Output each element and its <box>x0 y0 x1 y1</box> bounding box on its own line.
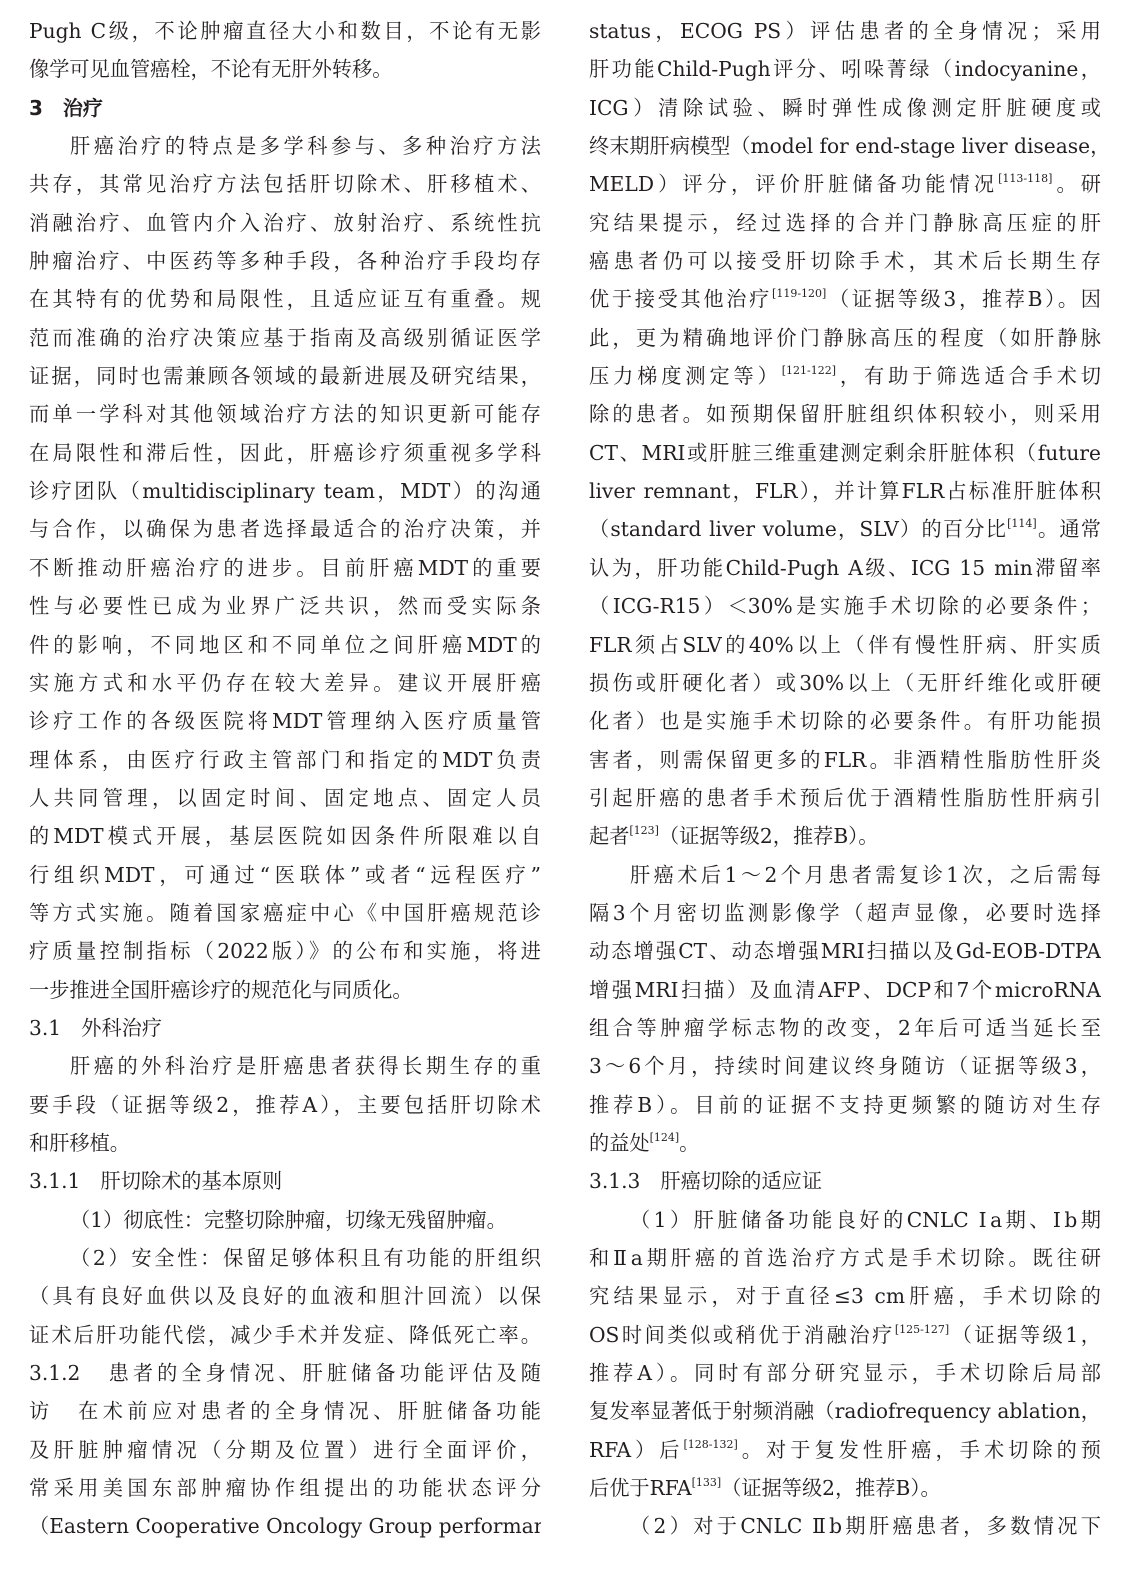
text-line: 究结果提示，经过选择的合并门静脉高压症的肝 <box>589 204 1101 242</box>
line-text: 3.1.2 患者的全身情况、肝脏储备功能评估及随 <box>29 1361 541 1385</box>
text-line: 的MDT模式开展，基层医院如因条件所限难以自 <box>29 817 541 855</box>
line-text: 理体系，由医疗行政主管部门和指定的MDT负责 <box>29 748 541 772</box>
citation-ref: [124] <box>650 1131 680 1144</box>
line-text-after: 。研 <box>1052 172 1101 196</box>
line-text: 推荐B）。目前的证据不支持更频繁的随访对生存 <box>589 1093 1101 1117</box>
text-line: 常采用美国东部肿瘤协作组提出的功能状态评分 <box>29 1469 541 1507</box>
line-text: 和Ⅱa期肝癌的首选治疗方式是手术切除。既往研 <box>589 1246 1101 1270</box>
line-text: 增强MRI扫描）及血清AFP、DCP和7个microRNA <box>589 978 1101 1002</box>
line-text: 与合作，以确保为患者选择最适合的治疗决策，并 <box>29 517 541 541</box>
line-text: Pugh C级，不论肿瘤直径大小和数目，不论有无影 <box>29 19 541 43</box>
text-line: 增强MRI扫描）及血清AFP、DCP和7个microRNA <box>589 971 1101 1009</box>
line-text: 证术后肝功能代偿，减少手术并发症、降低死亡率。 <box>29 1323 541 1347</box>
text-line: 后优于RFA[133]（证据等级2，推荐B）。 <box>589 1469 1101 1507</box>
line-text: 和肝移植。 <box>29 1131 130 1155</box>
line-text-after: （证据等级1， <box>949 1323 1101 1347</box>
text-line: 行组织MDT，可通过“医联体”或者“远程医疗” <box>29 856 541 894</box>
line-text: 性与必要性已成为业界广泛共识，然而受实际条 <box>29 594 541 618</box>
line-text: liver remnant，FLR），并计算FLR占标准肝脏体积 <box>589 479 1101 503</box>
text-line: 压力梯度测定等）[121-122]，有助于筛选适合手术切 <box>589 357 1101 395</box>
text-line: status，ECOG PS）评估患者的全身情况；采用 <box>589 12 1101 50</box>
citation-ref: [119-120] <box>772 287 826 300</box>
line-text: 此，更为精确地评价门静脉高压的程度（如肝静脉 <box>589 326 1101 350</box>
text-line: 消融治疗、血管内介入治疗、放射治疗、系统性抗 <box>29 204 541 242</box>
text-line: （具有良好血供以及良好的血液和胆汁回流）以保 <box>29 1277 541 1315</box>
line-text: 消融治疗、血管内介入治疗、放射治疗、系统性抗 <box>29 211 541 235</box>
line-text: 疗质量控制指标（2022版）》的公布和实施，将进 <box>29 939 541 963</box>
line-text-after: 。通常 <box>1037 517 1101 541</box>
text-line: 3.1.2 患者的全身情况、肝脏储备功能评估及随 <box>29 1354 541 1392</box>
line-text: 3.1.1 肝切除术的基本原则 <box>29 1169 282 1193</box>
text-line: 而单一学科对其他领域治疗方法的知识更新可能存 <box>29 395 541 433</box>
text-line: （2）对于CNLC Ⅱb期肝癌患者，多数情况下 <box>589 1507 1101 1545</box>
line-text: 证据，同时也需兼顾各领域的最新进展及研究结果， <box>29 364 541 388</box>
section-heading: 3.1 外科治疗 <box>29 1009 541 1047</box>
citation-ref: [121-122] <box>782 364 836 377</box>
text-line: 害者，则需保留更多的FLR。非酒精性脂肪性肝炎 <box>589 741 1101 779</box>
line-text: 肝癌治疗的特点是多学科参与、多种治疗方法 <box>70 134 541 158</box>
text-line: Pugh C级，不论肿瘤直径大小和数目，不论有无影 <box>29 12 541 50</box>
line-text: 件的影响，不同地区和不同单位之间肝癌MDT的 <box>29 633 541 657</box>
line-text: 优于接受其他治疗 <box>589 287 772 311</box>
line-text: 肝癌术后1～2个月患者需复诊1次，之后需每 <box>630 863 1101 887</box>
text-line: 究结果显示，对于直径≤3 cm肝癌，手术切除的 <box>589 1277 1101 1315</box>
line-text: 等方式实施。随着国家癌症中心《中国肝癌规范诊 <box>29 901 541 925</box>
text-line: 优于接受其他治疗[119-120]（证据等级3，推荐B）。因 <box>589 280 1101 318</box>
line-text: （standard liver volume，SLV）的百分比 <box>589 517 1007 541</box>
text-line: 损伤或肝硬化者）或30%以上（无肝纤维化或肝硬 <box>589 664 1101 702</box>
text-line: 和肝移植。 <box>29 1124 541 1162</box>
line-text: 起者 <box>589 824 629 848</box>
text-line: 实施方式和水平仍存在较大差异。建议开展肝癌 <box>29 664 541 702</box>
left-column: Pugh C级，不论肿瘤直径大小和数目，不论有无影像学可见血管癌栓，不论有无肝外… <box>29 12 541 1546</box>
line-text: 推荐A）。同时有部分研究显示，手术切除后局部 <box>589 1361 1101 1385</box>
text-line: 除的患者。如预期保留肝脏组织体积较小，则采用 <box>589 395 1101 433</box>
line-text: 在局限性和滞后性，因此，肝癌诊疗须重视多学科 <box>29 441 541 465</box>
text-line: （standard liver volume，SLV）的百分比[114]。通常 <box>589 510 1101 548</box>
line-text: 压力梯度测定等） <box>589 364 782 388</box>
line-text: 究结果显示，对于直径≤3 cm肝癌，手术切除的 <box>589 1284 1101 1308</box>
citation-ref: [123] <box>629 824 659 837</box>
line-text: 认为，肝功能Child-Pugh A级、ICG 15 min滞留率 <box>589 556 1101 580</box>
line-text: 组合等肿瘤学标志物的改变，2年后可适当延长至 <box>589 1016 1101 1040</box>
text-line: （1）彻底性：完整切除肿瘤，切缘无残留肿瘤。 <box>29 1201 541 1239</box>
line-text: 诊疗团队（multidisciplinary team，MDT）的沟通 <box>29 479 541 503</box>
text-line: 件的影响，不同地区和不同单位之间肝癌MDT的 <box>29 626 541 664</box>
line-text: 3.1 外科治疗 <box>29 1016 162 1040</box>
text-line: 组合等肿瘤学标志物的改变，2年后可适当延长至 <box>589 1009 1101 1047</box>
line-text: 终末期肝病模型（model for end-stage liver diseas… <box>589 134 1101 158</box>
text-line: 和Ⅱa期肝癌的首选治疗方式是手术切除。既往研 <box>589 1239 1101 1277</box>
text-line: 证术后肝功能代偿，减少手术并发症、降低死亡率。 <box>29 1316 541 1354</box>
line-text: 害者，则需保留更多的FLR。非酒精性脂肪性肝炎 <box>589 748 1101 772</box>
text-line: MELD）评分，评价肝脏储备功能情况[113-118]。研 <box>589 165 1101 203</box>
text-line: 不断推动肝癌治疗的进步。目前肝癌MDT的重要 <box>29 549 541 587</box>
citation-ref: [128-132] <box>683 1438 737 1451</box>
line-text: 访 在术前应对患者的全身情况、肝脏储备功能 <box>29 1399 541 1423</box>
line-text: 在其特有的优势和局限性，且适应证互有重叠。规 <box>29 287 541 311</box>
text-line: RFA）后[128-132]。对于复发性肝癌，手术切除的预 <box>589 1431 1101 1469</box>
line-text: 损伤或肝硬化者）或30%以上（无肝纤维化或肝硬 <box>589 671 1101 695</box>
citation-ref: [125-127] <box>895 1323 949 1336</box>
text-line: 像学可见血管癌栓，不论有无肝外转移。 <box>29 50 541 88</box>
text-line: 推荐B）。目前的证据不支持更频繁的随访对生存 <box>589 1086 1101 1124</box>
line-text-after: ，有助于筛选适合手术切 <box>836 364 1101 388</box>
line-text-after: 。对于复发性肝癌，手术切除的预 <box>738 1438 1101 1462</box>
text-line: 肝功能Child-Pugh评分、吲哚菁绿（indocyanine， <box>589 50 1101 88</box>
text-line: 肿瘤治疗、中医药等多种手段，各种治疗手段均存 <box>29 242 541 280</box>
text-line: 在局限性和滞后性，因此，肝癌诊疗须重视多学科 <box>29 434 541 472</box>
text-line: （2）安全性：保留足够体积且有功能的肝组织 <box>29 1239 541 1277</box>
text-line: 认为，肝功能Child-Pugh A级、ICG 15 min滞留率 <box>589 549 1101 587</box>
line-text: 化者）也是实施手术切除的必要条件。有肝功能损 <box>589 709 1101 733</box>
citation-ref: [133] <box>692 1476 722 1489</box>
text-line: ICG）清除试验、瞬时弹性成像测定肝脏硬度或 <box>589 89 1101 127</box>
line-text: 一步推进全国肝癌诊疗的规范化与同质化。 <box>29 978 413 1002</box>
line-text: FLR须占SLV的40%以上（伴有慢性肝病、肝实质 <box>589 633 1101 657</box>
line-text-after: （证据等级2，推荐B）。 <box>721 1476 940 1500</box>
citation-ref: [114] <box>1007 517 1037 530</box>
line-text: 不断推动肝癌治疗的进步。目前肝癌MDT的重要 <box>29 556 541 580</box>
text-line: 的益处[124]。 <box>589 1124 1101 1162</box>
citation-ref: [113-118] <box>998 172 1052 185</box>
line-text: ICG）清除试验、瞬时弹性成像测定肝脏硬度或 <box>589 96 1101 120</box>
text-line: 访 在术前应对患者的全身情况、肝脏储备功能 <box>29 1392 541 1430</box>
text-line: 复发率显著低于射频消融（radiofrequency ablation， <box>589 1392 1101 1430</box>
line-text: 后优于RFA <box>589 1476 692 1500</box>
line-text: 肝癌的外科治疗是肝癌患者获得长期生存的重 <box>70 1054 541 1078</box>
text-line: 在其特有的优势和局限性，且适应证互有重叠。规 <box>29 280 541 318</box>
line-text: 复发率显著低于射频消融（radiofrequency ablation， <box>589 1399 1101 1423</box>
line-text: 除的患者。如预期保留肝脏组织体积较小，则采用 <box>589 402 1101 426</box>
text-line: 及肝脏肿瘤情况（分期及位置）进行全面评价， <box>29 1431 541 1469</box>
line-text: 引起肝癌的患者手术预后优于酒精性脂肪性肝病引 <box>589 786 1101 810</box>
text-line: 理体系，由医疗行政主管部门和指定的MDT负责 <box>29 741 541 779</box>
text-line: 共存，其常见治疗方法包括肝切除术、肝移植术、 <box>29 165 541 203</box>
line-text: 肝功能Child-Pugh评分、吲哚菁绿（indocyanine， <box>589 57 1101 81</box>
text-line: 引起肝癌的患者手术预后优于酒精性脂肪性肝病引 <box>589 779 1101 817</box>
text-line: OS时间类似或稍优于消融治疗[125-127]（证据等级1， <box>589 1316 1101 1354</box>
text-line: 化者）也是实施手术切除的必要条件。有肝功能损 <box>589 702 1101 740</box>
text-line: 肝癌的外科治疗是肝癌患者获得长期生存的重 <box>29 1047 541 1085</box>
right-column: status，ECOG PS）评估患者的全身情况；采用肝功能Child-Pugh… <box>589 12 1101 1546</box>
line-text: 3.1.3 肝癌切除的适应证 <box>589 1169 822 1193</box>
section-heading: 3.1.1 肝切除术的基本原则 <box>29 1162 541 1200</box>
line-text: 像学可见血管癌栓，不论有无肝外转移。 <box>29 57 392 81</box>
line-text: 范而准确的治疗决策应基于指南及高级别循证医学 <box>29 326 541 350</box>
line-text: （2）安全性：保留足够体积且有功能的肝组织 <box>70 1246 541 1270</box>
text-line: 肝癌治疗的特点是多学科参与、多种治疗方法 <box>29 127 541 165</box>
line-text: 隔3个月密切监测影像学（超声显像，必要时选择 <box>589 901 1101 925</box>
line-text: 要手段（证据等级2，推荐A），主要包括肝切除术 <box>29 1093 541 1117</box>
line-text: 3～6个月，持续时间建议终身随访（证据等级3， <box>589 1054 1101 1078</box>
line-text: status，ECOG PS）评估患者的全身情况；采用 <box>589 19 1101 43</box>
line-text: 人共同管理，以固定时间、固定地点、固定人员 <box>29 786 541 810</box>
line-text: （ICG-R15）＜30%是实施手术切除的必要条件； <box>589 594 1101 618</box>
text-line: 3～6个月，持续时间建议终身随访（证据等级3， <box>589 1047 1101 1085</box>
text-line: （Eastern Cooperative Oncology Group perf… <box>29 1507 541 1545</box>
text-line: 癌患者仍可以接受肝切除手术，其术后长期生存 <box>589 242 1101 280</box>
line-text: 及肝脏肿瘤情况（分期及位置）进行全面评价， <box>29 1438 541 1462</box>
text-line: 与合作，以确保为患者选择最适合的治疗决策，并 <box>29 510 541 548</box>
line-text: （1）肝脏储备功能良好的CNLC Ⅰa期、Ⅰb期 <box>630 1208 1101 1232</box>
line-text: 动态增强CT、动态增强MRI扫描以及Gd-EOB-DTPA <box>589 939 1101 963</box>
text-line: liver remnant，FLR），并计算FLR占标准肝脏体积 <box>589 472 1101 510</box>
text-line: 动态增强CT、动态增强MRI扫描以及Gd-EOB-DTPA <box>589 932 1101 970</box>
text-line: 人共同管理，以固定时间、固定地点、固定人员 <box>29 779 541 817</box>
text-line: 范而准确的治疗决策应基于指南及高级别循证医学 <box>29 319 541 357</box>
line-text-after: 。 <box>679 1131 699 1155</box>
line-text: 究结果提示，经过选择的合并门静脉高压症的肝 <box>589 211 1101 235</box>
line-text: （1）彻底性：完整切除肿瘤，切缘无残留肿瘤。 <box>70 1208 507 1232</box>
line-text: （具有良好血供以及良好的血液和胆汁回流）以保 <box>29 1284 541 1308</box>
text-line: 要手段（证据等级2，推荐A），主要包括肝切除术 <box>29 1086 541 1124</box>
line-text: 常采用美国东部肿瘤协作组提出的功能状态评分 <box>29 1476 541 1500</box>
line-text: 诊疗工作的各级医院将MDT管理纳入医疗质量管 <box>29 709 541 733</box>
text-line: 疗质量控制指标（2022版）》的公布和实施，将进 <box>29 932 541 970</box>
line-text: 肿瘤治疗、中医药等多种手段，各种治疗手段均存 <box>29 249 541 273</box>
line-text: （Eastern Cooperative Oncology Group perf… <box>29 1514 541 1538</box>
line-text-after: （证据等级3，推荐B）。因 <box>826 287 1101 311</box>
line-text: 而单一学科对其他领域治疗方法的知识更新可能存 <box>29 402 541 426</box>
line-text: 3 治疗 <box>29 96 103 120</box>
section-heading: 3.1.3 肝癌切除的适应证 <box>589 1162 1101 1200</box>
text-line: 起者[123]（证据等级2，推荐B）。 <box>589 817 1101 855</box>
text-line: （ICG-R15）＜30%是实施手术切除的必要条件； <box>589 587 1101 625</box>
text-line: 证据，同时也需兼顾各领域的最新进展及研究结果， <box>29 357 541 395</box>
text-line: 诊疗团队（multidisciplinary team，MDT）的沟通 <box>29 472 541 510</box>
text-line: 隔3个月密切监测影像学（超声显像，必要时选择 <box>589 894 1101 932</box>
section-heading: 3 治疗 <box>29 89 541 127</box>
text-line: 推荐A）。同时有部分研究显示，手术切除后局部 <box>589 1354 1101 1392</box>
line-text: 实施方式和水平仍存在较大差异。建议开展肝癌 <box>29 671 541 695</box>
line-text: CT、MRI或肝脏三维重建测定剩余肝脏体积（future <box>589 441 1101 465</box>
line-text: （2）对于CNLC Ⅱb期肝癌患者，多数情况下 <box>630 1514 1101 1538</box>
line-text-after: （证据等级2，推荐B）。 <box>659 824 878 848</box>
text-line: 终末期肝病模型（model for end-stage liver diseas… <box>589 127 1101 165</box>
line-text: 的益处 <box>589 1131 650 1155</box>
text-line: 诊疗工作的各级医院将MDT管理纳入医疗质量管 <box>29 702 541 740</box>
line-text: MELD）评分，评价肝脏储备功能情况 <box>589 172 998 196</box>
text-line: 等方式实施。随着国家癌症中心《中国肝癌规范诊 <box>29 894 541 932</box>
text-line: （1）肝脏储备功能良好的CNLC Ⅰa期、Ⅰb期 <box>589 1201 1101 1239</box>
line-text: RFA）后 <box>589 1438 683 1462</box>
text-line: 肝癌术后1～2个月患者需复诊1次，之后需每 <box>589 856 1101 894</box>
text-line: 性与必要性已成为业界广泛共识，然而受实际条 <box>29 587 541 625</box>
line-text: OS时间类似或稍优于消融治疗 <box>589 1323 895 1347</box>
text-line: CT、MRI或肝脏三维重建测定剩余肝脏体积（future <box>589 434 1101 472</box>
line-text: 癌患者仍可以接受肝切除手术，其术后长期生存 <box>589 249 1101 273</box>
line-text: 行组织MDT，可通过“医联体”或者“远程医疗” <box>29 863 541 887</box>
line-text: 的MDT模式开展，基层医院如因条件所限难以自 <box>29 824 541 848</box>
text-line: FLR须占SLV的40%以上（伴有慢性肝病、肝实质 <box>589 626 1101 664</box>
line-text: 共存，其常见治疗方法包括肝切除术、肝移植术、 <box>29 172 541 196</box>
text-line: 此，更为精确地评价门静脉高压的程度（如肝静脉 <box>589 319 1101 357</box>
text-line: 一步推进全国肝癌诊疗的规范化与同质化。 <box>29 971 541 1009</box>
